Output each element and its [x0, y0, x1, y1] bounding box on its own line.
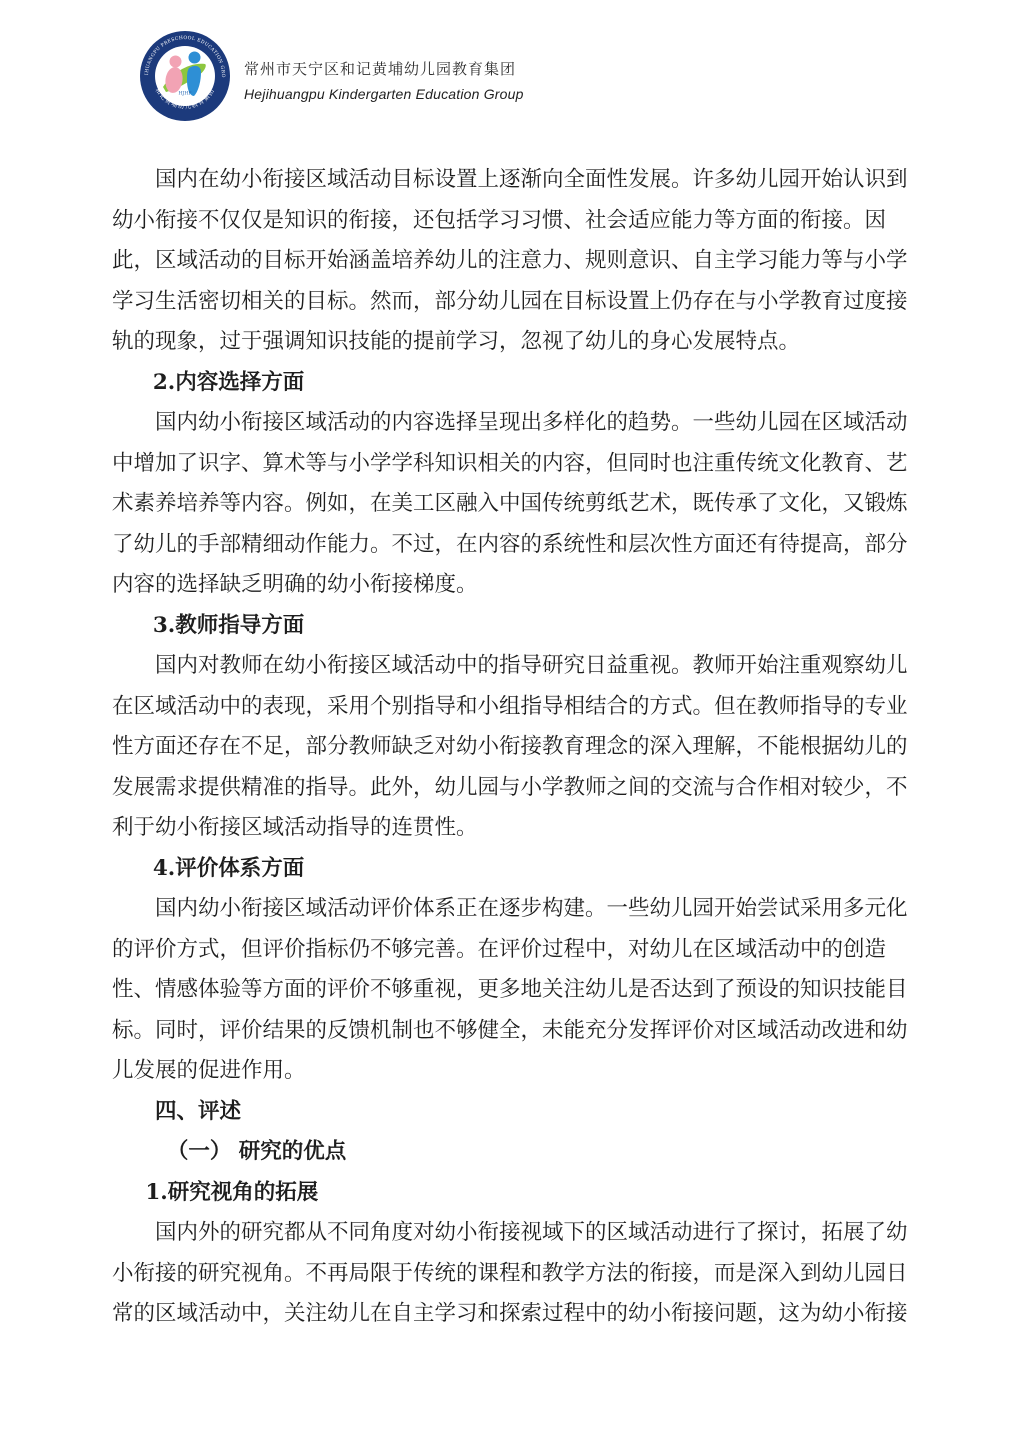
logo-blue-figure-head: [189, 52, 201, 64]
heading-teacher-guidance: 3.教师指导方面: [112, 606, 910, 647]
paragraph-goal-setting: 国内在幼小衔接区域活动目标设置上逐渐向全面性发展。许多幼儿园开始认识到幼小衔接不…: [112, 160, 910, 363]
org-name-block: 常州市天宁区和记黄埔幼儿园教育集团 Hejihuangpu Kindergart…: [244, 58, 524, 102]
document-page: HEJIHUANGPU PRESCHOOL EDUCATION GROUP 和记…: [0, 0, 1024, 1448]
paragraph-perspective-expansion: 国内外的研究都从不同角度对幼小衔接视域下的区域活动进行了探讨，拓展了幼小衔接的研…: [112, 1213, 910, 1335]
logo-pink-figure-head: [170, 56, 182, 68]
heading-commentary: 四、评述: [112, 1092, 910, 1133]
logo-monogram: HJHP: [179, 91, 192, 97]
heading-content-selection: 2.内容选择方面: [112, 363, 910, 404]
school-logo-icon: HEJIHUANGPU PRESCHOOL EDUCATION GROUP 和记…: [139, 30, 231, 122]
org-name-zh: 常州市天宁区和记黄埔幼儿园教育集团: [244, 58, 524, 79]
document-body: 国内在幼小衔接区域活动目标设置上逐渐向全面性发展。许多幼儿园开始认识到幼小衔接不…: [112, 160, 910, 1335]
org-name-en: Hejihuangpu Kindergarten Education Group: [244, 86, 524, 102]
heading-evaluation-system: 4.评价体系方面: [112, 849, 910, 890]
paragraph-content-selection: 国内幼小衔接区域活动的内容选择呈现出多样化的趋势。一些幼儿园在区域活动中增加了识…: [112, 403, 910, 606]
heading-perspective-expansion: 1.研究视角的拓展: [112, 1173, 910, 1214]
paragraph-evaluation-system: 国内幼小衔接区域活动评价体系正在逐步构建。一些幼儿园开始尝试采用多元化的评价方式…: [112, 889, 910, 1092]
heading-research-strengths: （一） 研究的优点: [112, 1132, 910, 1173]
paragraph-teacher-guidance: 国内对教师在幼小衔接区域活动中的指导研究日益重视。教师开始注重观察幼儿在区域活动…: [112, 646, 910, 849]
